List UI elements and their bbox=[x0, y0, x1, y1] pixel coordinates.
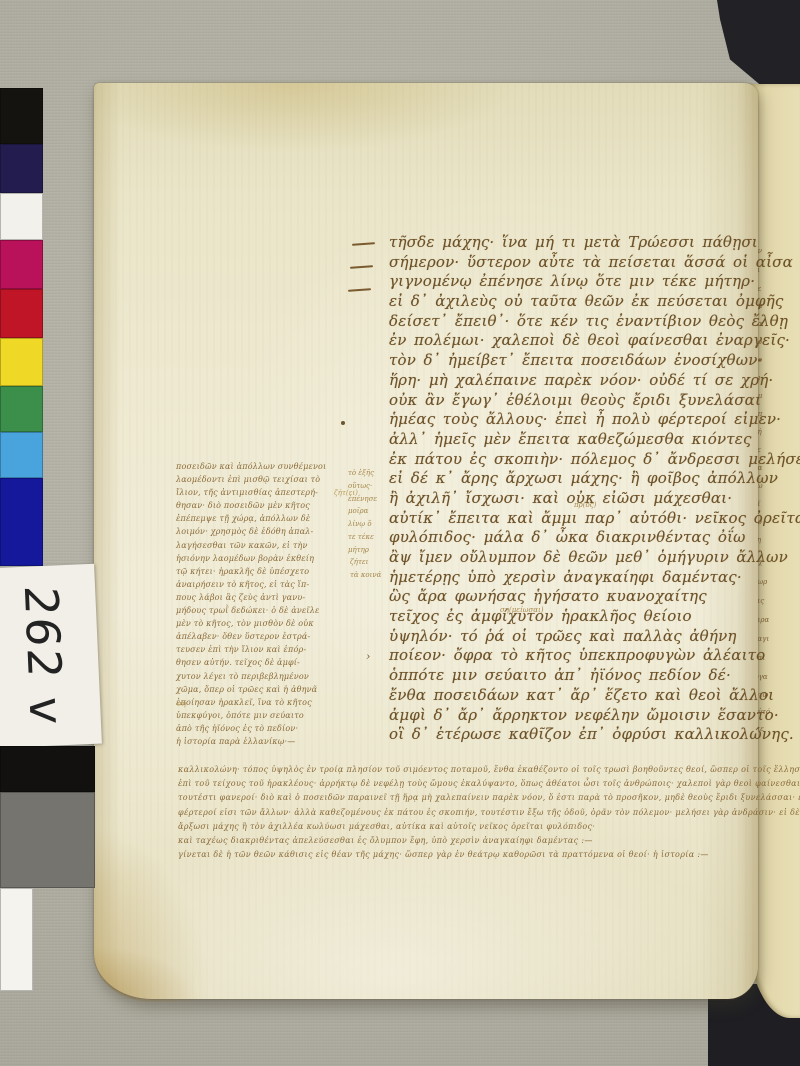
scholion-line: γίνεται δὲ ἡ τῶν θεῶν κάθισις εἰς θέαν τ… bbox=[178, 848, 800, 862]
color-patch-dark-blue bbox=[0, 478, 43, 566]
gloss-line: τὸ ἑξῆς bbox=[348, 467, 377, 480]
gloss-line: ζήτει bbox=[350, 556, 381, 569]
verse-line: τὸν δ᾽ ἠμείβετ᾽ ἔπειτα ποσειδάων ἐνοσίχθ… bbox=[389, 351, 800, 371]
scholion-line: καὶ ταχέως διακριθέντας ἀπελεύσεσθαι ἐς … bbox=[178, 834, 800, 848]
verse-line: ὁππότε μιν σεύαιτο ἀπ᾽ ἠϊόνος πεδίον δέ· bbox=[389, 666, 800, 686]
verse-line: ἂψ ἴμεν οὔλυμπον δὲ θεῶν μεθ᾽ ὁμήγυριν ἄ… bbox=[389, 548, 800, 568]
verse-line: εἰ δ᾽ ἀχιλεὺς οὐ ταῦτα θεῶν ἐκ πεύσεται … bbox=[389, 292, 800, 312]
scholion-line: ἐπέπεμψε τῇ χώρᾳ, ἀπόλλων δὲ bbox=[176, 512, 336, 525]
interlinear-gloss: πρ(ὸς) bbox=[574, 501, 596, 509]
margin-dot bbox=[341, 421, 345, 425]
verse-line: σήμερον· ὕστερον αὖτε τὰ πείσεται ἅσσά ο… bbox=[389, 253, 800, 273]
scholion-line: ἄρξωσι μάχης ἢ τὸν ἀχιλλέα κωλύωσι μάχεσ… bbox=[178, 820, 800, 834]
scholion-line: ἀπέλαβεν· ὅθεν ὕστερον ἐστρά- bbox=[176, 630, 336, 643]
diple-sign: › bbox=[366, 650, 370, 663]
verse-line: φυλόπιδος· μάλα δ᾽ ὦκα διακρινθέντας ὀΐω bbox=[389, 528, 800, 548]
scholion-line: ἐπὶ τοῦ τείχους τοῦ ἡρακλέους· ἀρρήκτῳ δ… bbox=[178, 777, 800, 791]
manuscript-photo: ἀἀνχιμεἀμπαἀρφοἱμἀμἀπμήγεπατωμϊπρτηψχλωρ… bbox=[0, 0, 800, 1066]
verse-line: ἡμετέρῃς ὑπὸ χερσὶν ἀναγκαίηφι δαμέντας· bbox=[389, 568, 800, 588]
verse-line: ἡμέας τοὺς ἄλλους· ἐπεὶ ἦ πολὺ φέρτεροί … bbox=[389, 410, 800, 430]
verse-line: ἐκ πάτου ἐς σκοπιὴν· πόλεμος δ᾽ ἄνδρεσσι… bbox=[389, 450, 800, 470]
verse-line: ἔνθα ποσειδάων κατ᾽ ἄρ᾽ ἕζετο καὶ θεοὶ ἄ… bbox=[389, 686, 800, 706]
verse-line: ἥρη· μὴ χαλέπαινε παρὲκ νόον· οὐδέ τί σε… bbox=[389, 371, 800, 391]
scholion-line: τῷ κήτει· ἡρακλῆς δὲ ὑπέσχετο bbox=[176, 565, 336, 578]
scholion-line: ἡσιόνην λαομέδων βορὰν ἐκθείη bbox=[176, 552, 336, 565]
scholion-line: λοιμόν· χρησμὸς δὲ ἐδόθη ἀπαλ- bbox=[176, 525, 336, 538]
color-patch-sky-blue bbox=[0, 432, 43, 478]
scholion-line: ὑπεκφύγοι, ὁπότε μιν σεύαιτο bbox=[176, 709, 336, 722]
scholion-line: ἀναιρήσειν τὸ κῆτος, εἰ τὰς ἵπ- bbox=[176, 578, 336, 591]
folio-number-label: 262 v bbox=[14, 585, 74, 727]
bottom-scholia-block: καλλικολώνη· τόπος ὑψηλὸς ἐν τροίᾳ πλησί… bbox=[178, 763, 800, 862]
verse-line: αὐτίκ᾽ ἔπειτα καὶ ἄμμι παρ᾽ αὐτόθι· νεῖκ… bbox=[389, 509, 800, 529]
gloss-line: τὰ κοινά bbox=[350, 569, 381, 582]
grayscale-patch-gray bbox=[0, 792, 95, 888]
scholion-line: χῶμα, ὅπερ οἱ τρῶες καὶ ἡ ἀθηνᾶ bbox=[176, 683, 336, 696]
scholion-line: ἴλιον, τῆς ἀντιμισθίας ἀπεστερή- bbox=[176, 486, 336, 499]
verse-line: οἳ δ᾽ ἑτέρωσε καθῖζον ἐπ᾽ ὀφρύσι καλλικο… bbox=[389, 725, 800, 745]
gloss-line: μοῖρα bbox=[348, 505, 377, 518]
color-patch-yellow bbox=[0, 338, 43, 386]
scholion-line: πους λάβοι ἃς ζεὺς ἀντὶ γανυ- bbox=[176, 591, 336, 604]
margin-note: ζήτ(ει) bbox=[334, 489, 358, 497]
verse-line: ἀλλ᾽ ἡμεῖς μὲν ἔπειτα καθεζώμεσθα κιόντε… bbox=[389, 430, 800, 450]
scholion-line: θησεν αὐτήν. τεῖχος δὲ ἀμφί- bbox=[176, 656, 336, 669]
verse-line: εἰ δέ κ᾽ ἄρης ἄρχωσι μάχης· ἢ φοῖβος ἀπό… bbox=[389, 469, 800, 489]
gloss-column-2: ζήτειτὰ κοινά bbox=[350, 556, 381, 582]
verse-line: ὣς ἄρα φωνήσας ἡγήσατο κυανοχαίτης bbox=[389, 587, 800, 607]
scholion-line: θησαν· διὸ ποσειδῶν μὲν κῆτος bbox=[176, 499, 336, 512]
gloss-column: τὸ ἑξῆςοὕτως·ἐπένησεμοῖραλίνῳ ὅτε τέκεμή… bbox=[348, 467, 377, 557]
verse-line: ἐν πολέμωι· χαλεποὶ δὲ θεοὶ φαίνεσθαι ἐν… bbox=[389, 331, 800, 351]
color-patch-green bbox=[0, 386, 43, 432]
grayscale-patch-white bbox=[0, 888, 33, 991]
scholion-line: μὲν τὸ κῆτος, τὸν μισθὸν δὲ οὐκ bbox=[176, 617, 336, 630]
verse-line: δείσετ᾽ ἔπειθ᾽· ὅτε κέν τις ἐναντίβιον θ… bbox=[389, 312, 800, 332]
scholion-line: μήδους τρωῒ δεδώκει· ὁ δὲ ἀνεῖλε bbox=[176, 604, 336, 617]
interlinear-gloss: ση(μείωσαι) bbox=[500, 606, 543, 614]
scholion-line: ποσειδῶν καὶ ἀπόλλων συνθέμενοι bbox=[176, 460, 336, 473]
gloss-line: λίνῳ ὅ bbox=[348, 518, 377, 531]
gloss-line: τε τέκε bbox=[348, 531, 377, 544]
margin-scholia-block: ποσειδῶν καὶ ἀπόλλων συνθέμενοιλαομέδοντ… bbox=[176, 460, 336, 748]
scholion-line: ἀπὸ τῆς ἠϊόνος ἐς τὸ πεδίον· bbox=[176, 722, 336, 735]
scholion-line: λαομέδοντι ἐπὶ μισθῷ τειχίσαι τὸ bbox=[176, 473, 336, 486]
scholion-line: καλλικολώνη· τόπος ὑψηλὸς ἐν τροίᾳ πλησί… bbox=[178, 763, 800, 777]
color-patch-black bbox=[0, 88, 43, 144]
folio-number-card: 262 v bbox=[0, 564, 102, 749]
scholion-line: τευσεν ἐπὶ τὴν ἴλιον καὶ ἐπόρ- bbox=[176, 643, 336, 656]
scholion-line: λαγήσεσθαι τῶν κακῶν, εἰ τὴν bbox=[176, 539, 336, 552]
verse-line: ποίεον· ὄφρα τὸ κῆτος ὑπεκπροφυγὼν ἀλέαι… bbox=[389, 646, 800, 666]
verse-line: ἀμφὶ δ᾽ ἄρ᾽ ἄρρηκτον νεφέλην ὤμοισιν ἕσα… bbox=[389, 706, 800, 726]
color-patch-dark-navy bbox=[0, 144, 43, 193]
color-patch-white bbox=[0, 193, 43, 240]
verse-line: τεῖχος ἐς ἀμφίχυτον ἡρακλῆος θείοιο bbox=[389, 607, 800, 627]
color-patch-magenta bbox=[0, 240, 43, 289]
verse-line: γιγνομένῳ ἐπένησε λίνῳ ὅτε μιν τέκε μήτη… bbox=[389, 272, 800, 292]
verse-line: οὐκ ἂν ἔγωγ᾽ ἐθέλοιμι θεοὺς ἔριδι ξυνελά… bbox=[389, 391, 800, 411]
verse-line: τῆσδε μάχης· ἵνα μή τι μετὰ Τρώεσσι πάθῃ… bbox=[389, 233, 800, 253]
grayscale-patches bbox=[0, 746, 95, 991]
backdrop-dark-top-right bbox=[700, 0, 800, 96]
scholion-line: ἡ ἱστορία παρὰ ἑλλανίκῳ·— bbox=[176, 735, 336, 748]
verse-line: ὑψηλόν· τό ῥά οἱ τρῶες καὶ παλλὰς ἀθήνη bbox=[389, 627, 800, 647]
margin-note: ση bbox=[177, 700, 186, 708]
scholion-line: τουτέστι φανεροί· διὸ καὶ ὁ ποσειδῶν παρ… bbox=[178, 791, 800, 805]
color-calibration-bar bbox=[0, 88, 43, 566]
color-patch-red bbox=[0, 289, 43, 338]
gloss-line: μήτηρ bbox=[348, 544, 377, 557]
grayscale-patch-black bbox=[0, 746, 95, 792]
main-text-block: τῆσδε μάχης· ἵνα μή τι μετὰ Τρώεσσι πάθῃ… bbox=[389, 233, 800, 745]
scholion-line: ἐποίησαν ἡρακλεῖ, ἵνα τὸ κῆτος bbox=[176, 696, 336, 709]
scholion-line: φέρτεροί εἰσι τῶν ἄλλων· ἀλλὰ καθεζομένο… bbox=[178, 806, 800, 820]
scholion-line: χυτον λέγει τὸ περιβεβλημένον bbox=[176, 670, 336, 683]
